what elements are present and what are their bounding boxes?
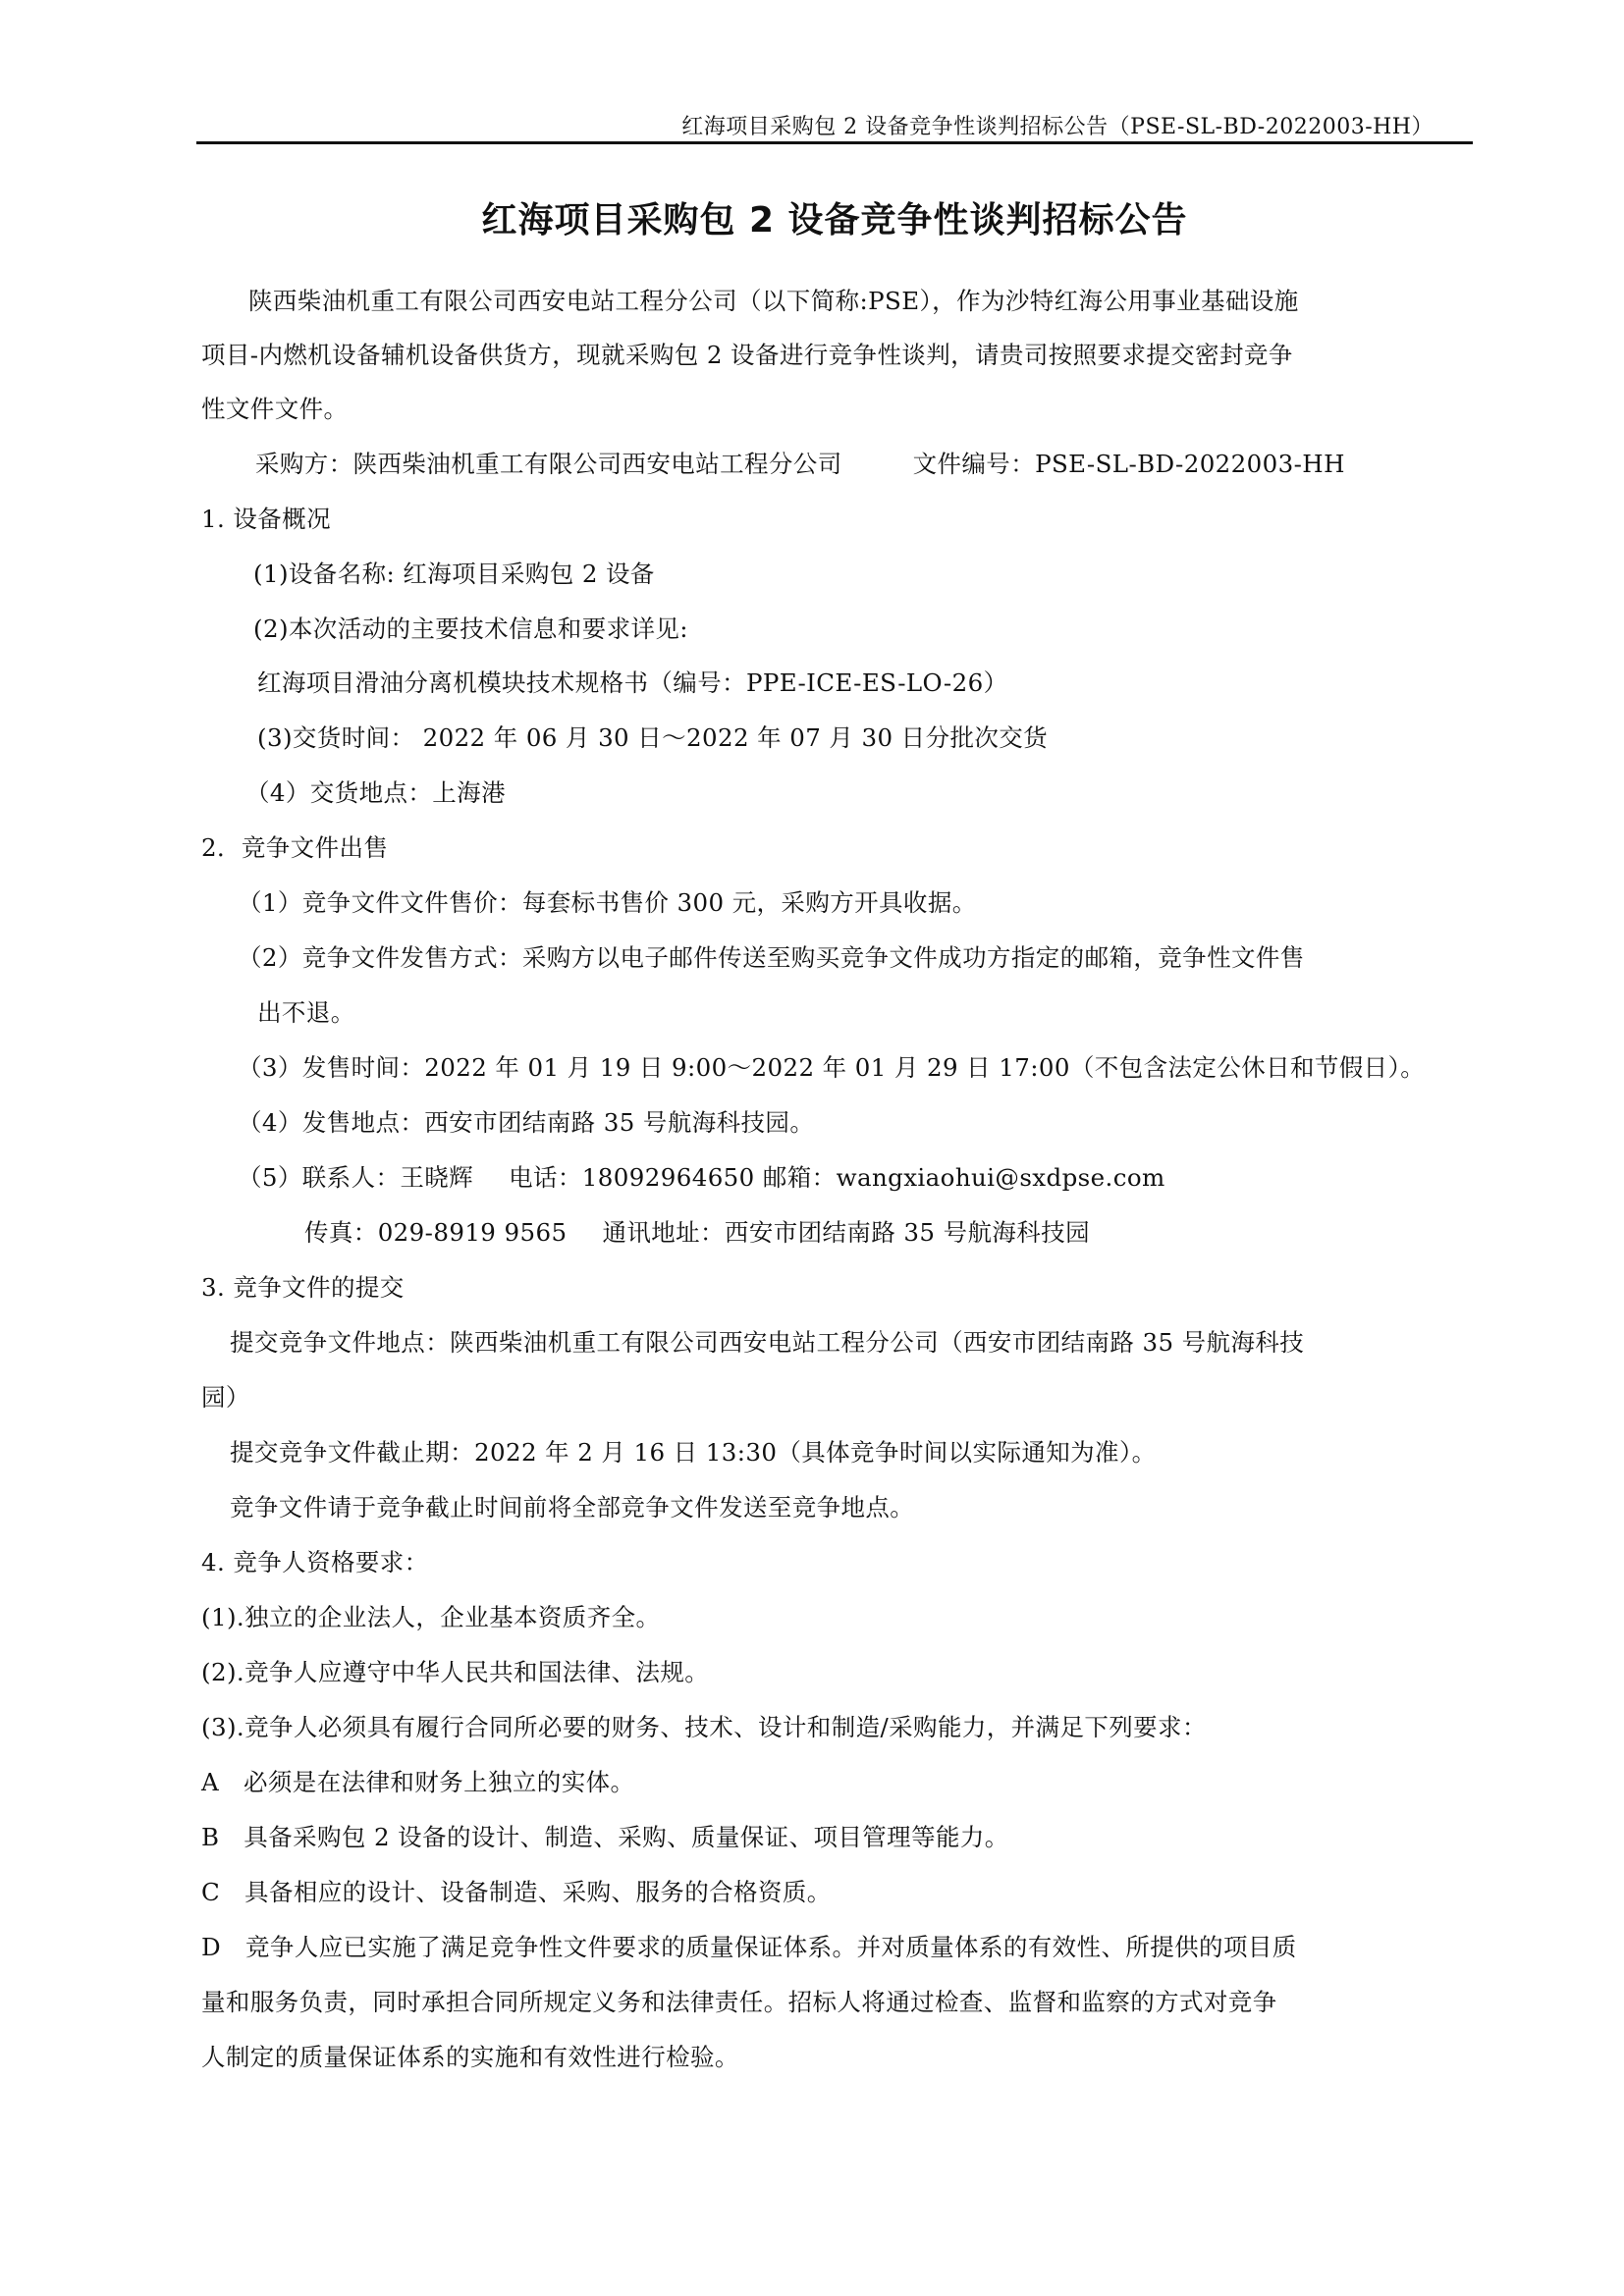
section-heading: 3. 竞争文件的提交 [201, 1269, 405, 1304]
section-heading: 4. 竞争人资格要求： [201, 1544, 429, 1578]
section-heading: 2．竞争文件出售 [201, 829, 388, 864]
intro-paragraph-line: 项目-内燃机设备辅机设备供货方，现就采购包 2 设备进行竞争性谈判，请贵司按照要… [201, 337, 1293, 371]
list-item: (3)交货时间： 2022 年 06 月 30 日～2022 年 07 月 30… [257, 720, 1048, 754]
list-item: A 必须是在法律和财务上独立的实体。 [201, 1764, 634, 1798]
contact-line: 传真：029-8919 9565通讯地址：西安市团结南路 35 号航海科技园 [304, 1214, 1090, 1249]
list-item: (3).竞争人必须具有履行合同所必要的财务、技术、设计和制造/采购能力，并满足下… [201, 1709, 1207, 1743]
list-item: 红海项目滑油分离机模块技术规格书（编号：PPE-ICE-ES-LO-26） [257, 665, 1007, 699]
list-item: D 竞争人应已实施了满足竞争性文件要求的质量保证体系。并对质量体系的有效性、所提… [201, 1929, 1297, 1963]
list-item: C 具备相应的设计、设备制造、采购、服务的合格资质。 [201, 1874, 832, 1908]
intro-paragraph-line: 性文件文件。 [201, 391, 348, 425]
list-item: 量和服务负责，同时承担合同所规定义务和法律责任。招标人将通过检查、监督和监察的方… [201, 1984, 1277, 2018]
list-item: （4）发售地点：西安市团结南路 35 号航海科技园。 [238, 1104, 814, 1139]
contact-line: （5）联系人：王晓辉电话：18092964650 邮箱：wangxiaohui@… [238, 1159, 1165, 1194]
list-item: （2）竞争文件发售方式：采购方以电子邮件传送至购买竞争文件成功方指定的邮箱，竞争… [238, 939, 1305, 974]
list-item: (1).独立的企业法人，企业基本资质齐全。 [201, 1599, 660, 1633]
contact-person: （5）联系人：王晓辉 [238, 1163, 473, 1192]
document-number: 文件编号：PSE-SL-BD-2022003-HH [913, 450, 1345, 478]
list-item: 人制定的质量保证体系的实施和有效性进行检验。 [201, 2039, 739, 2073]
list-item: (1)设备名称: 红海项目采购包 2 设备 [253, 556, 655, 590]
contact-address: 通讯地址：西安市团结南路 35 号航海科技园 [602, 1218, 1090, 1247]
list-item: (2)本次活动的主要技术信息和要求详见: [253, 611, 688, 645]
list-item: 提交竞争文件截止期：2022 年 2 月 16 日 13:30（具体竞争时间以实… [230, 1434, 1157, 1468]
list-item: （4）交货地点：上海港 [245, 774, 506, 809]
intro-paragraph-line: 陕西柴油机重工有限公司西安电站工程分公司（以下简称:PSE），作为沙特红海公用事… [248, 283, 1299, 317]
contact-email[interactable]: 邮箱：wangxiaohui@sxdpse.com [763, 1163, 1165, 1192]
list-item: （3）发售时间：2022 年 01 月 19 日 9:00～2022 年 01 … [238, 1049, 1425, 1084]
contact-phone: 电话：18092964650 [509, 1163, 755, 1192]
list-item: 竞争文件请于竞争截止时间前将全部竞争文件发送至竞争地点。 [230, 1489, 914, 1523]
list-item: 提交竞争文件地点：陕西柴油机重工有限公司西安电站工程分公司（西安市团结南路 35… [230, 1324, 1304, 1359]
purchaser-line: 采购方：陕西柴油机重工有限公司西安电站工程分公司文件编号：PSE-SL-BD-2… [255, 446, 1345, 480]
section-heading: 1. 设备概况 [201, 501, 331, 535]
running-header: 红海项目采购包 2 设备竞争性谈判招标公告（PSE-SL-BD-2022003-… [196, 110, 1473, 140]
list-item: （1）竞争文件文件售价：每套标书售价 300 元，采购方开具收据。 [238, 884, 977, 919]
list-item: 出不退。 [257, 994, 355, 1029]
list-item: (2).竞争人应遵守中华人民共和国法律、法规。 [201, 1654, 709, 1688]
purchaser: 采购方：陕西柴油机重工有限公司西安电站工程分公司 [255, 450, 842, 478]
header-divider [196, 141, 1473, 144]
contact-fax: 传真：029-8919 9565 [304, 1218, 567, 1247]
document-title: 红海项目采购包 2 设备竞争性谈判招标公告 [196, 192, 1473, 242]
list-item: B 具备采购包 2 设备的设计、制造、采购、质量保证、项目管理等能力。 [201, 1819, 1009, 1853]
list-item: 园） [201, 1379, 250, 1414]
